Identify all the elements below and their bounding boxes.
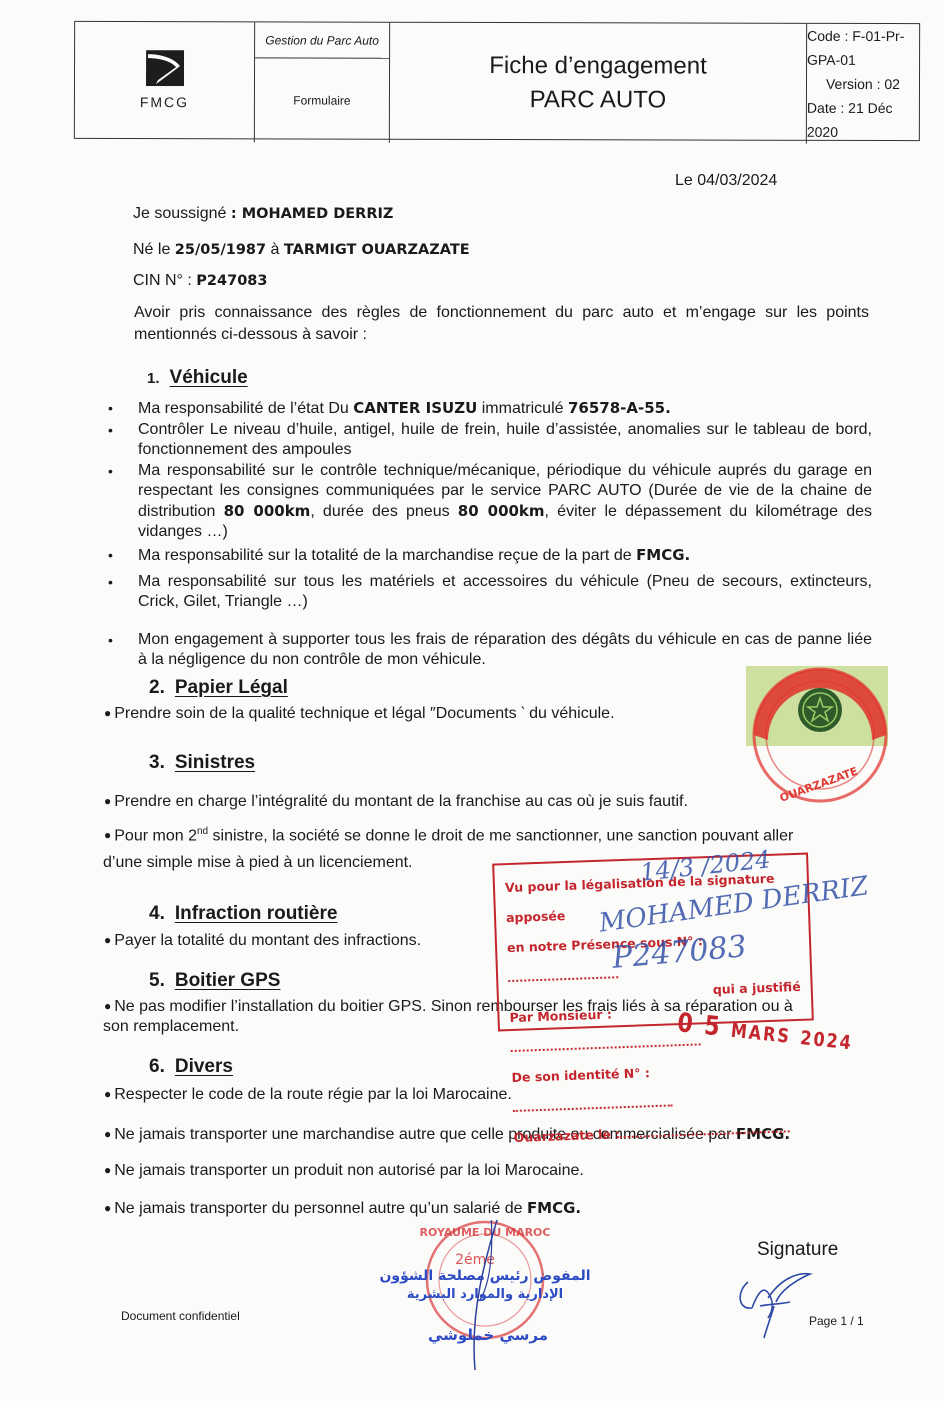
intro-paragraph: Avoir pris connaissance des règles de fo… [134, 302, 869, 346]
department-label: Gestion du Parc Auto [255, 22, 389, 58]
svg-text:ROYAUME DU MAROC: ROYAUME DU MAROC [420, 1226, 551, 1239]
list-item: Ma responsabilité sur le contrôle techni… [106, 461, 872, 542]
document-title-line1: Fiche d’engagement [489, 49, 707, 84]
section-label: Boitier GPS [175, 970, 281, 991]
date-line: Date : 21 Déc 2020 [807, 96, 919, 144]
list-item: ●Prendre en charge l’intégralité du mont… [104, 790, 688, 813]
cin-label: CIN N° : [133, 272, 196, 289]
undersigned-line: Je soussigné : MOHAMED DERRIZ [133, 205, 393, 223]
cin-line: CIN N° : P247083 [133, 272, 267, 290]
document-title-line2: PARC AUTO [530, 83, 667, 117]
code-cell: Code : F-01-Pr-GPA-01 Version : 02 Date … [807, 24, 919, 144]
confidential-note: Document confidentiel [121, 1309, 240, 1323]
date-label: Date : [807, 100, 848, 116]
section-number: 3. [149, 752, 165, 773]
section-label: Sinistres [175, 752, 255, 773]
section-label: Infraction routière [175, 903, 338, 924]
logo-cell: FMCG [75, 22, 255, 142]
list-item: ●Ne jamais transporter du personnel autr… [104, 1197, 581, 1220]
section-title-gps: 5.Boitier GPS [149, 970, 280, 992]
list-item: ●Pour mon 2nd sinistre, la société se do… [104, 821, 793, 847]
list-item: ●Ne jamais transporter un produit non au… [104, 1159, 584, 1182]
section-number: 1. [147, 370, 160, 387]
section-number: 5. [149, 970, 165, 991]
fmcg-logo-icon [145, 50, 183, 86]
svg-text:2éme: 2éme [455, 1252, 495, 1268]
list-item: ●Respecter le code de la route régie par… [104, 1083, 512, 1106]
signature-label: Signature [757, 1239, 838, 1261]
section-number: 4. [149, 903, 165, 924]
document-header-table: FMCG Gestion du Parc Auto Formulaire Fic… [74, 21, 920, 141]
list-item: Ma responsabilité de l’état Du CANTER IS… [106, 398, 872, 419]
section-label: Véhicule [170, 367, 248, 388]
page-number: Page 1 / 1 [809, 1314, 864, 1328]
birth-date: 25/05/1987 [175, 242, 266, 258]
section-number: 2. [149, 677, 165, 698]
section-label: Papier Légal [175, 677, 288, 698]
department-cell: Gestion du Parc Auto Formulaire [255, 22, 390, 142]
stamp-line: De son identité N° : [511, 1053, 805, 1123]
logo-text: FMCG [140, 94, 189, 110]
svg-text:المفوض رئيس مصلحة الشؤون: المفوض رئيس مصلحة الشؤون [380, 1268, 590, 1284]
code-label: Code : [807, 28, 852, 44]
cin-value: P247083 [196, 273, 267, 289]
version-label: Version : [826, 76, 884, 92]
birth-place: TARMIGT OUARZAZATE [284, 242, 470, 258]
title-cell: Fiche d’engagement PARC AUTO [390, 23, 807, 144]
section-title-divers: 6.Divers [149, 1056, 233, 1078]
section-title-infraction: 4.Infraction routière [149, 903, 337, 925]
doc-type-label: Formulaire [255, 58, 389, 142]
birth-label: Né le [133, 241, 175, 258]
undersigned-label: Je soussigné [133, 205, 231, 222]
birth-line: Né le 25/05/1987 à TARMIGT OUARZAZATE [133, 241, 470, 259]
list-item-continuation: d’une simple mise à pied à un licencieme… [103, 852, 413, 874]
list-item: Ma responsabilité sur tous les matériels… [106, 572, 872, 612]
document-page: FMCG Gestion du Parc Auto Formulaire Fic… [0, 0, 944, 1401]
list-item: Contrôler Le niveau d’huile, antigel, hu… [106, 420, 872, 460]
document-date: Le 04/03/2024 [675, 172, 777, 190]
birth-at: à [266, 241, 284, 258]
section-title-papier-legal: 2.Papier Légal [149, 677, 288, 699]
list-item: ●Payer la totalité du montant des infrac… [104, 929, 421, 952]
official-seal: ROYAUME DU MAROC 2éme المفوض رئيس مصلحة … [380, 1220, 590, 1380]
list-item: ●Prendre soin de la qualité technique et… [104, 702, 615, 725]
list-item: Ma responsabilité sur la totalité de la … [106, 545, 872, 566]
handwritten-signature [730, 1262, 820, 1342]
undersigned-name: : MOHAMED DERRIZ [231, 206, 394, 222]
section-label: Divers [175, 1056, 233, 1077]
code-line: Code : F-01-Pr-GPA-01 [807, 24, 919, 72]
list-item-continuation: son remplacement. [103, 1016, 239, 1038]
version-line: Version : 02 [826, 72, 900, 96]
vehicule-list: Ma responsabilité de l’état Du CANTER IS… [106, 398, 872, 670]
section-title-sinistres: 3.Sinistres [149, 752, 255, 774]
section-title-vehicule: 1.Véhicule [147, 367, 248, 389]
fiscal-stamp-seal: OUARZAZATE [742, 660, 892, 810]
version-value: 02 [884, 76, 900, 92]
section-number: 6. [149, 1056, 165, 1077]
svg-text:مرسي خملوشي: مرسي خملوشي [428, 1326, 548, 1344]
svg-text:OUARZAZATE: OUARZAZATE [778, 765, 860, 805]
